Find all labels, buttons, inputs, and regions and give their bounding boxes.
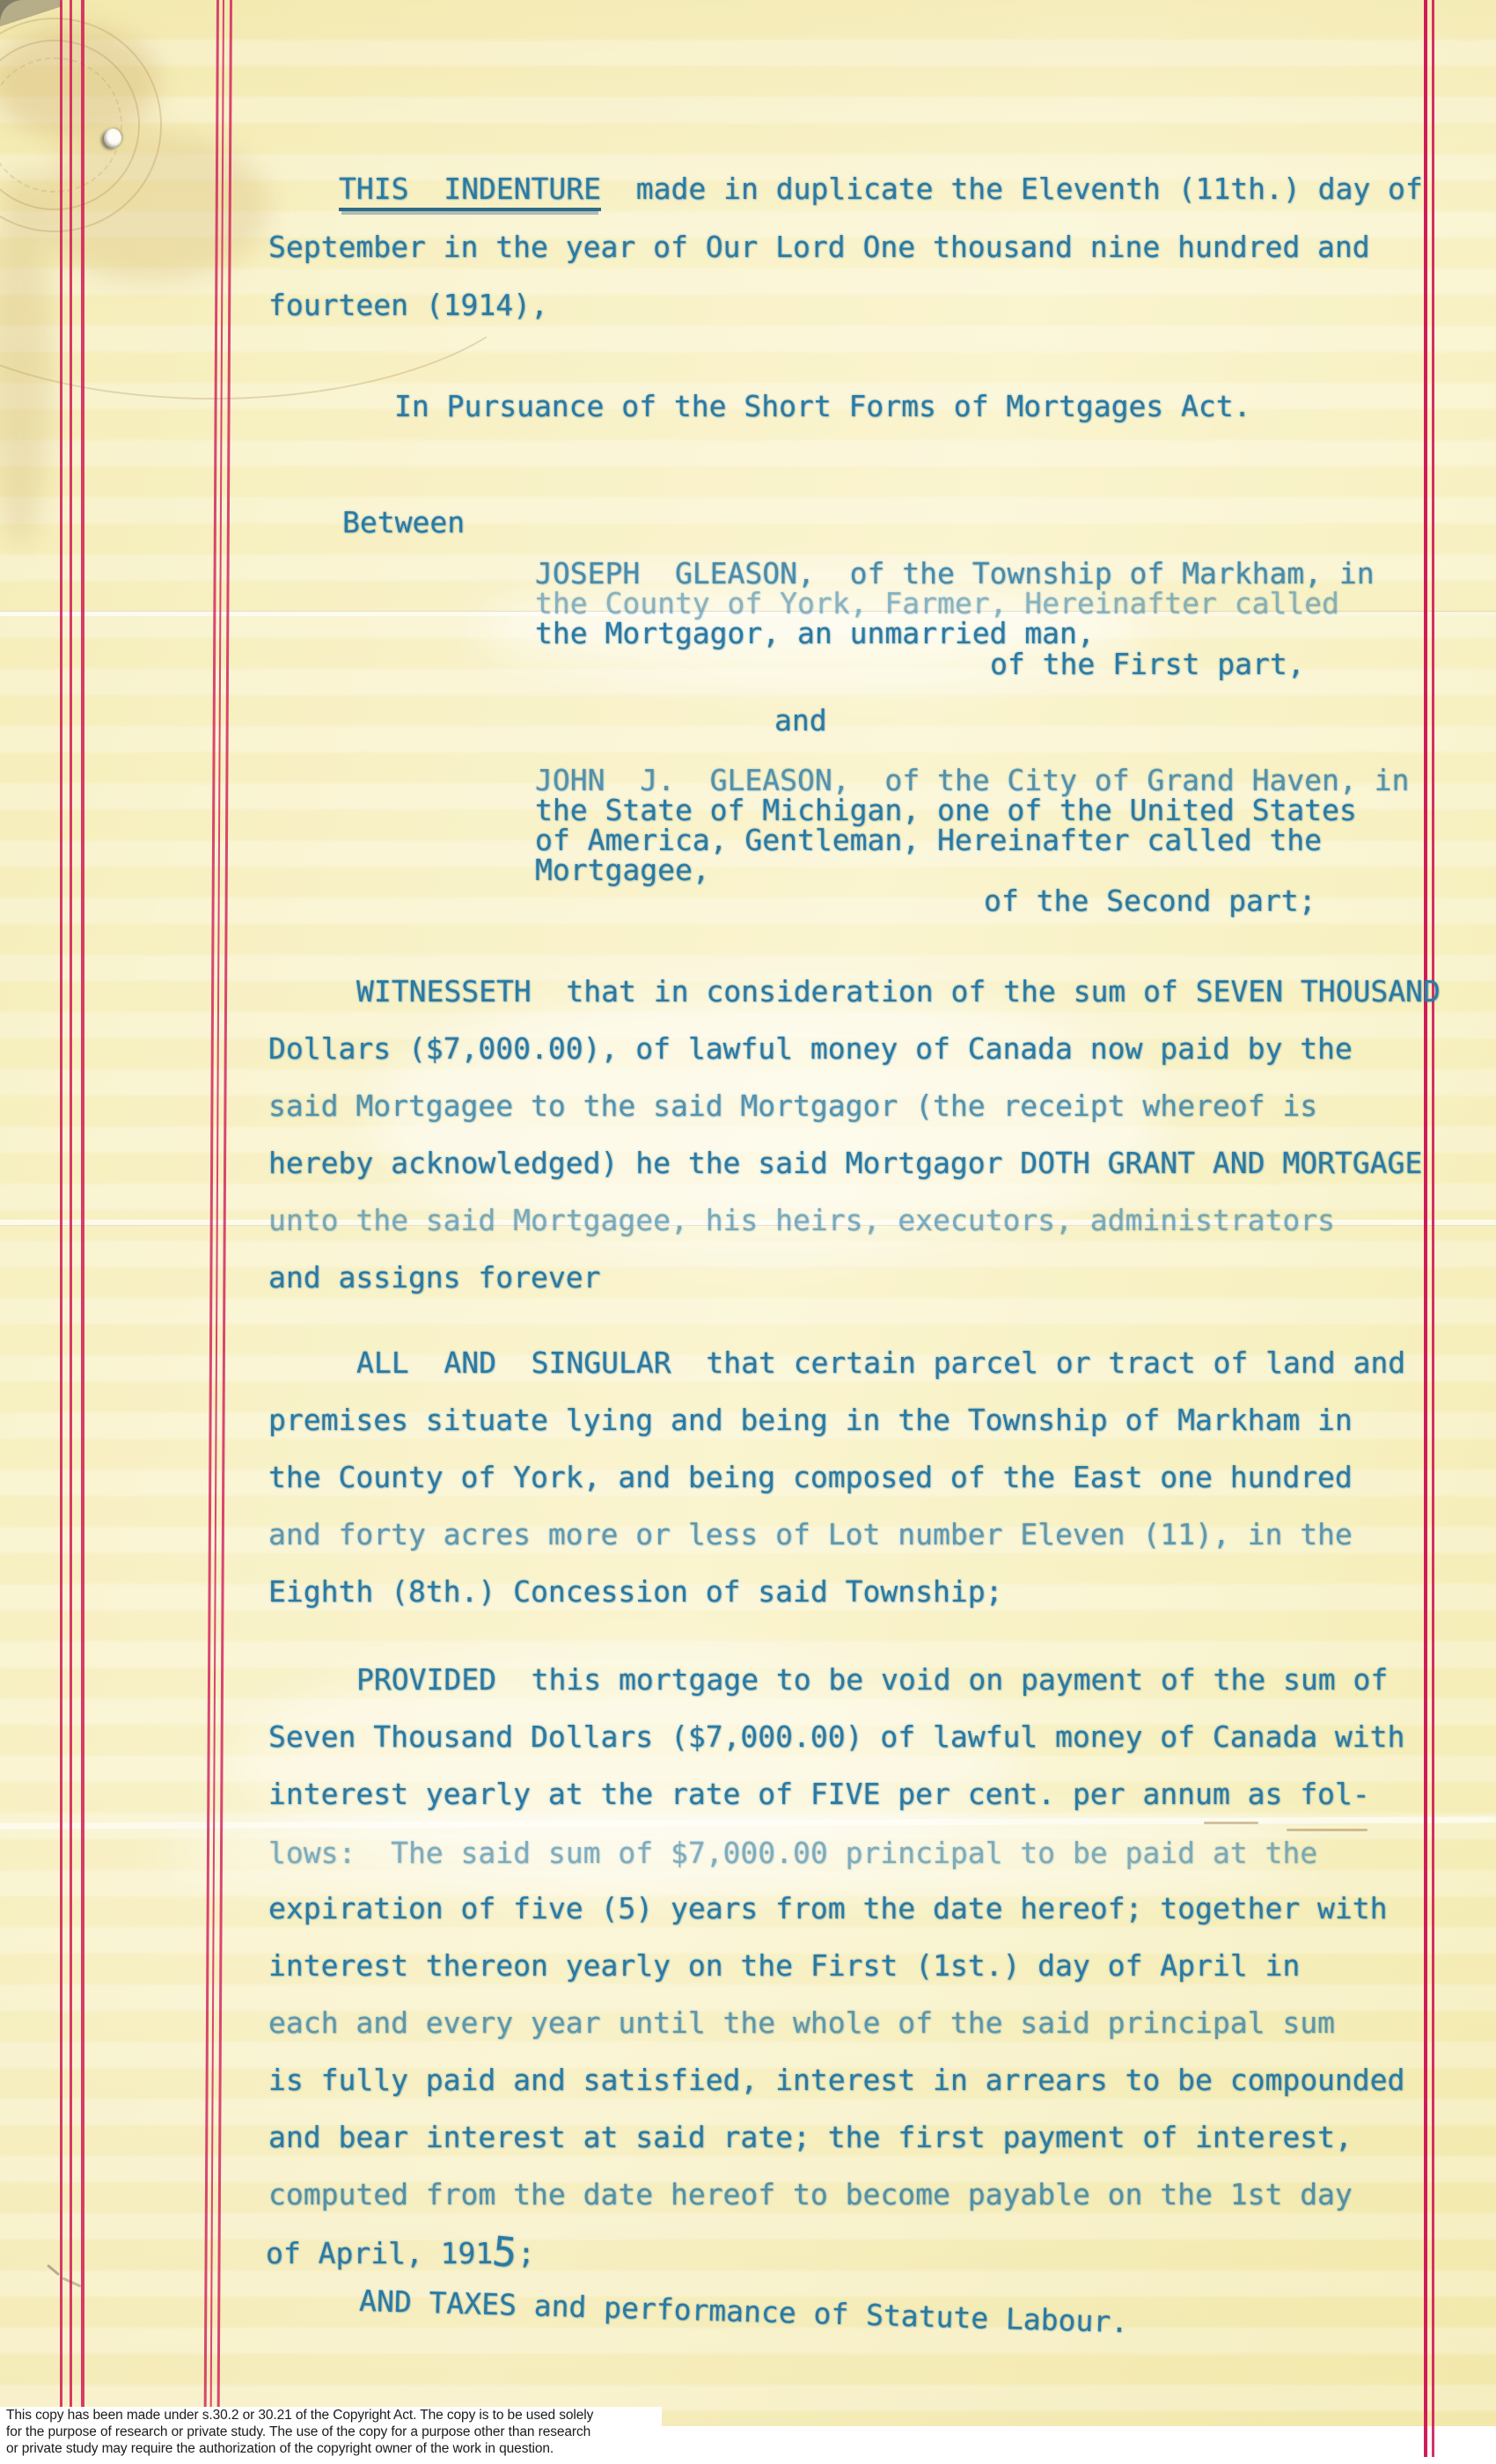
typewritten-line: and assigns forever bbox=[268, 1261, 601, 1294]
typewritten-line: AND TAXES and performance of Statute Lab… bbox=[359, 2284, 1129, 2339]
stamp-line: This copy has been made under s.30.2 or … bbox=[0, 2407, 662, 2424]
typewritten-line: computed from the date hereof to become … bbox=[268, 2178, 1353, 2211]
typewritten-line: and forty acres more or less of Lot numb… bbox=[268, 1518, 1353, 1551]
typewritten-line: WITNESSETH that in consideration of the … bbox=[356, 975, 1441, 1008]
typewritten-line: Seven Thousand Dollars ($7,000.00) of la… bbox=[268, 1720, 1404, 1754]
typewritten-line: Mortgagee, bbox=[535, 854, 710, 887]
typewritten-line: premises situate lying and being in the … bbox=[268, 1404, 1353, 1437]
typewritten-line: Between bbox=[342, 506, 465, 539]
typewritten-line: the County of York, and being composed o… bbox=[268, 1461, 1353, 1494]
typewritten-line: PROVIDED this mortgage to be void on pay… bbox=[356, 1663, 1388, 1697]
typewritten-line: ALL AND SINGULAR that certain parcel or … bbox=[356, 1346, 1405, 1380]
typewritten-line: is fully paid and satisfied, interest in… bbox=[268, 2064, 1404, 2097]
typewritten-line: unto the said Mortgagee, his heirs, exec… bbox=[268, 1204, 1335, 1237]
typewritten-line: of April, 1915; bbox=[266, 2237, 535, 2270]
typewritten-line: lows: The said sum of $7,000.00 principa… bbox=[268, 1837, 1317, 1870]
typewritten-line: interest thereon yearly on the First (1s… bbox=[268, 1949, 1300, 1983]
typewritten-line: Dollars ($7,000.00), of lawful money of … bbox=[268, 1032, 1353, 1066]
typewritten-line: THIS INDENTURE made in duplicate the Ele… bbox=[339, 172, 1423, 206]
scanned-document-page: THIS INDENTURE made in duplicate the Ele… bbox=[0, 0, 1496, 2464]
typewritten-line: expiration of five (5) years from the da… bbox=[268, 1892, 1388, 1925]
typewritten-line: fourteen (1914), bbox=[268, 289, 548, 322]
typewritten-line: interest yearly at the rate of FIVE per … bbox=[268, 1778, 1370, 1811]
typewritten-line: and bbox=[774, 704, 827, 737]
typewritten-line: and bear interest at said rate; the firs… bbox=[268, 2121, 1353, 2154]
stamp-line: for the purpose of research or private s… bbox=[0, 2424, 662, 2440]
typewritten-line: In Pursuance of the Short Forms of Mortg… bbox=[394, 390, 1251, 423]
typewritten-line: said Mortgagee to the said Mortgagor (th… bbox=[268, 1089, 1317, 1123]
typewritten-line: of the First part, bbox=[990, 648, 1305, 681]
typewritten-line: the Mortgagor, an unmarried man, bbox=[535, 617, 1095, 650]
typewritten-line: hereby acknowledged) he the said Mortgag… bbox=[268, 1147, 1422, 1180]
typewritten-line: September in the year of Our Lord One th… bbox=[268, 231, 1370, 264]
copyright-stamp: This copy has been made under s.30.2 or … bbox=[0, 2407, 662, 2464]
typewritten-text-layer: THIS INDENTURE made in duplicate the Ele… bbox=[0, 0, 1496, 2426]
typewritten-line: each and every year until the whole of t… bbox=[268, 2006, 1335, 2040]
typewritten-line: Eighth (8th.) Concession of said Townshi… bbox=[268, 1575, 1002, 1609]
typewritten-line: of the Second part; bbox=[984, 884, 1316, 918]
stamp-line: or private study may require the authori… bbox=[0, 2440, 662, 2457]
